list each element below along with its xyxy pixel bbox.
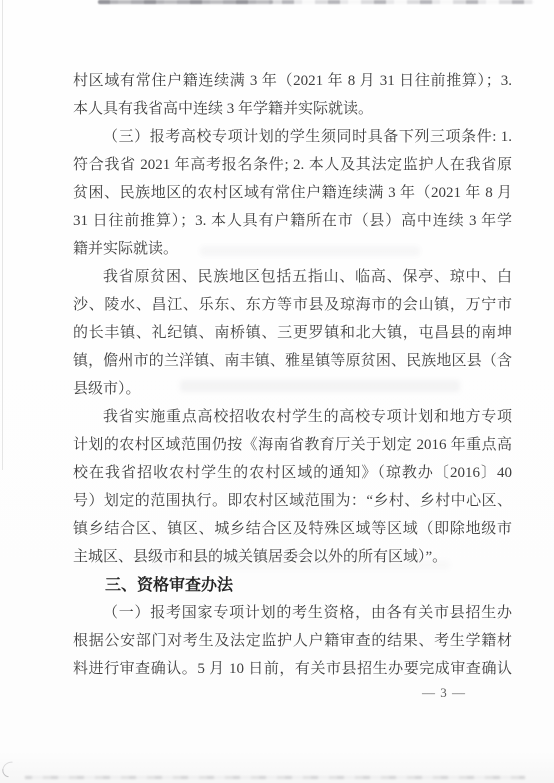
paragraph: 我省实施重点高校招收农村学生的高校专项计划和地方专项计划的农村区域范围仍按《海南…: [73, 403, 512, 571]
text-line: （三）报考高校专项计划的学生须同时具备下列三项条件: 1.: [73, 123, 512, 151]
paragraph: （一）报考国家专项计划的考生资格，由各有关市县招生办根据公安部门对考生及法定监护…: [73, 599, 512, 683]
text-line: 校在我省招收农村学生的农村区域的通知》（琼教办〔2016〕40: [73, 459, 512, 487]
scan-artifact-left-edge-line: [2, 0, 3, 470]
text-line: 县级市）。: [73, 375, 512, 403]
text-line: 籍并实际就读。: [73, 235, 512, 263]
text-line: 根据公安部门对考生及法定监护人户籍审查的结果、考生学籍材: [73, 627, 512, 655]
text-line: （一）报考国家专项计划的考生资格，由各有关市县招生办: [73, 599, 512, 627]
text-block: 村区域有常住户籍连续满 3 年（2021 年 8 月 31 日往前推算）；3.本…: [73, 67, 512, 683]
text-line: 我省实施重点高校招收农村学生的高校专项计划和地方专项: [73, 403, 512, 431]
text-line: 我省原贫困、民族地区包括五指山、临高、保亭、琼中、白: [73, 263, 512, 291]
text-line: 料进行审查确认。5 月 10 日前，有关市县招生办要完成审查确认: [73, 655, 512, 683]
scan-artifact-top-smudge-dark: [98, 0, 273, 4]
page-number: — 3 —: [414, 685, 474, 701]
heading-line: 三、资格审查办法: [73, 571, 512, 599]
text-line: 的长丰镇、礼纪镇、南桥镇、三更罗镇和北大镇，屯昌县的南坤: [73, 319, 512, 347]
text-line: 号）划定的范围执行。即农村区域范围为：“乡村、乡村中心区、: [73, 487, 512, 515]
text-line: 本人具有我省高中连续 3 年学籍并实际就读。: [73, 95, 512, 123]
scan-artifact-bottom-noise: [25, 776, 525, 779]
text-line: 主城区、县级市和县的城关镇居委会以外的所有区域）”。: [73, 543, 512, 571]
scan-artifact-corner-mark: [0, 758, 22, 780]
text-line: 镇，儋州市的兰洋镇、南丰镇、雅星镇等原贫困、民族地区县（含: [73, 347, 512, 375]
paragraph: （三）报考高校专项计划的学生须同时具备下列三项条件: 1.符合我省 2021 年…: [73, 123, 512, 263]
paragraph: 村区域有常住户籍连续满 3 年（2021 年 8 月 31 日往前推算）；3.本…: [73, 67, 512, 123]
text-line: 符合我省 2021 年高考报名条件; 2. 本人及其法定监护人在我省原: [73, 151, 512, 179]
text-line: 计划的农村区域范围仍按《海南省教育厅关于划定 2016 年重点高: [73, 431, 512, 459]
text-line: 31 日往前推算）；3. 本人具有户籍所在市（县）高中连续 3 年学: [73, 207, 512, 235]
text-line: 镇乡结合区、镇区、城乡结合区及特殊区域等区域（即除地级市: [73, 515, 512, 543]
section-heading: 三、资格审查办法: [73, 571, 512, 599]
text-line: 贫困、民族地区的农村区域有常住户籍连续满 3 年（2021 年 8 月: [73, 179, 512, 207]
paragraph: 我省原贫困、民族地区包括五指山、临高、保亭、琼中、白沙、陵水、昌江、乐东、东方等…: [73, 263, 512, 403]
document-page: 村区域有常住户籍连续满 3 年（2021 年 8 月 31 日往前推算）；3.本…: [0, 0, 554, 783]
text-line: 村区域有常住户籍连续满 3 年（2021 年 8 月 31 日往前推算）；3.: [73, 67, 512, 95]
text-line: 沙、陵水、昌江、乐东、东方等市县及琼海市的会山镇，万宁市: [73, 291, 512, 319]
